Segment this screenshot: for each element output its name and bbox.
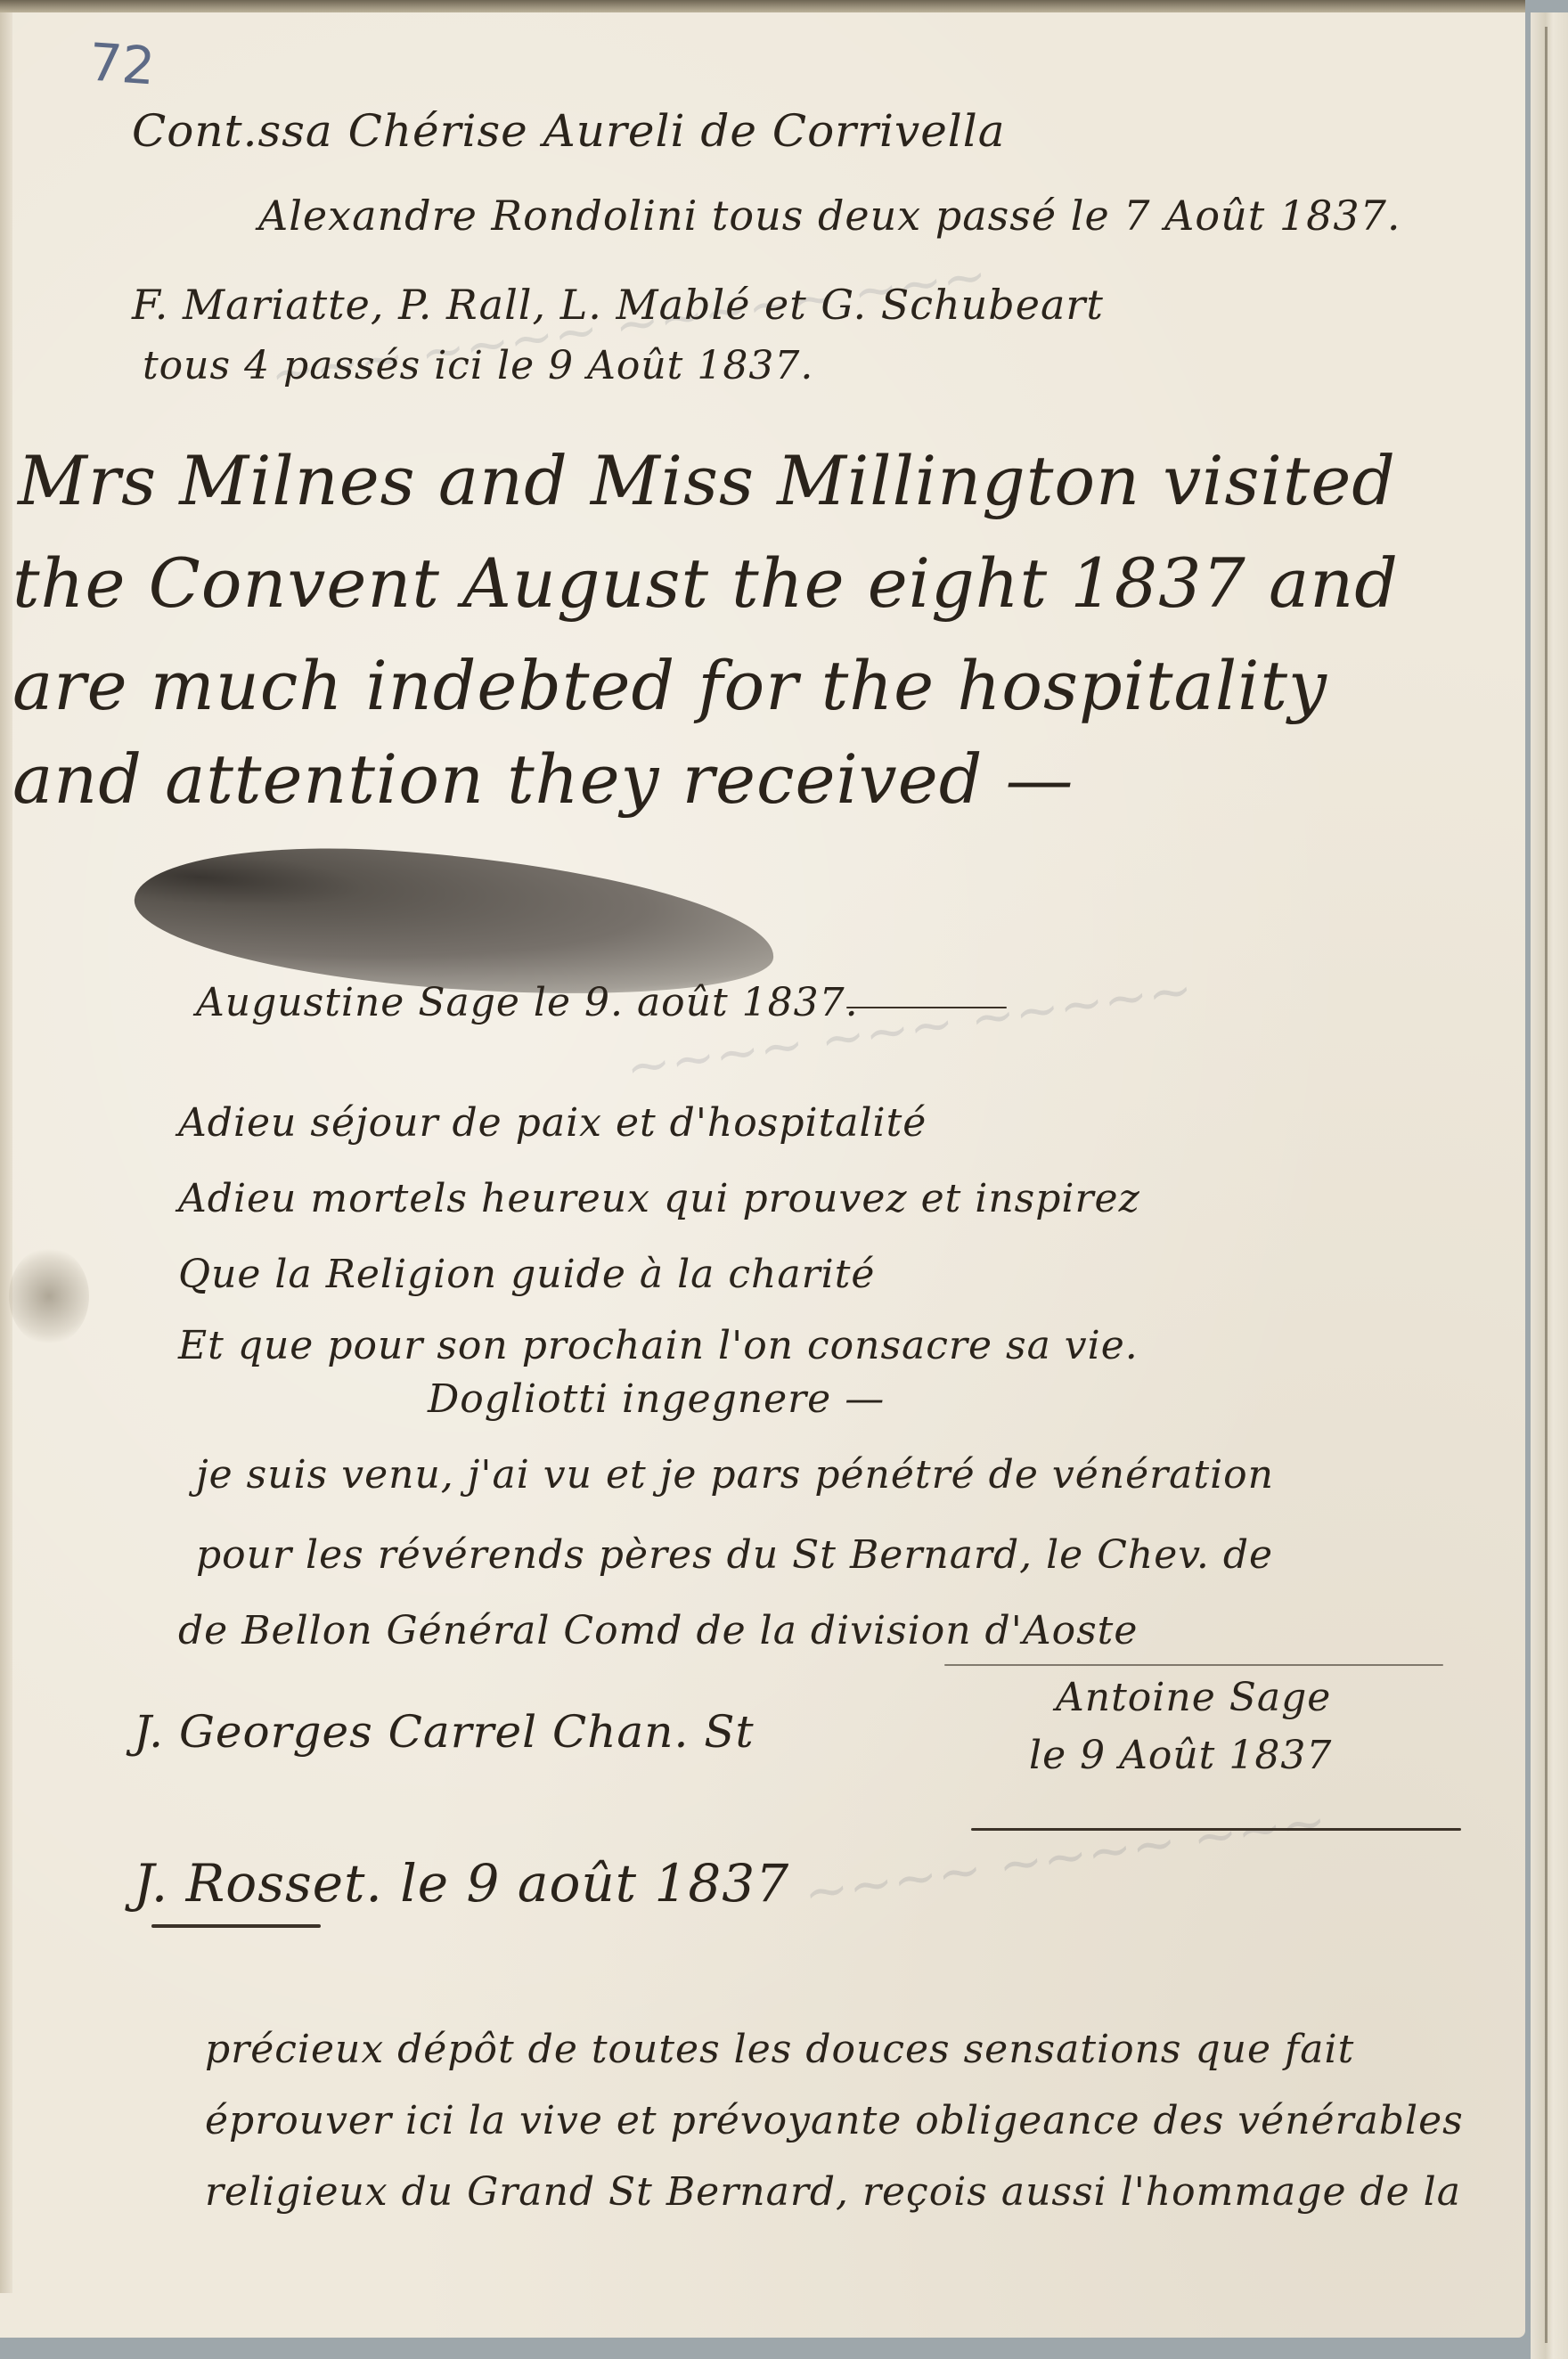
separator-rule bbox=[944, 1664, 1443, 1666]
spine-fold bbox=[1545, 27, 1548, 2343]
signature: J. Rosset. le 9 août 1837 bbox=[134, 1853, 789, 1914]
book-spine bbox=[1531, 12, 1568, 2359]
entry-line: Et que pour son prochain l'on consacre s… bbox=[178, 1323, 1139, 1368]
entry-line: Adieu séjour de paix et d'hospitalité bbox=[178, 1100, 927, 1146]
entry-line: je suis venu, j'ai vu et je pars pénétré… bbox=[196, 1452, 1274, 1498]
entry-line: F. Mariatte, P. Rall, L. Mablé et G. Sch… bbox=[132, 281, 1104, 329]
entry-line: Adieu mortels heureux qui prouvez et ins… bbox=[178, 1176, 1140, 1221]
entry-line: Que la Religion guide à la charité bbox=[178, 1252, 875, 1297]
signature-date: le 9 Août 1837 bbox=[1029, 1733, 1332, 1778]
entry-line: Augustine Sage le 9. août 1837. bbox=[196, 980, 859, 1025]
signature: Dogliotti ingegnere — bbox=[428, 1376, 885, 1422]
entry-line: Alexandre Rondolini tous deux passé le 7… bbox=[258, 192, 1401, 240]
entry-line: tous 4 passés ici le 9 Août 1837. bbox=[143, 343, 813, 388]
entry-line: éprouver ici la vive et prévoyante oblig… bbox=[205, 2098, 1464, 2143]
page-left-edge bbox=[0, 12, 12, 2293]
entry-line: the Convent August the eight 1837 and bbox=[12, 543, 1399, 623]
separator-rule bbox=[971, 1828, 1461, 1831]
signature-flourish bbox=[151, 1924, 321, 1928]
separator-rule bbox=[846, 1007, 1007, 1008]
entry-line: Cont.ssa Chérise Aureli de Corrivella bbox=[132, 105, 1006, 157]
entry-line: Mrs Milnes and Miss Millington visited bbox=[18, 441, 1396, 520]
entry-line: de Bellon Général Comd de la division d'… bbox=[178, 1608, 1138, 1653]
entry-line: pour les révérends pères du St Bernard, … bbox=[196, 1532, 1273, 1578]
entry-line: and attention they received — bbox=[12, 739, 1074, 819]
signature: Antoine Sage bbox=[1056, 1675, 1331, 1720]
entry-line: religieux du Grand St Bernard, reçois au… bbox=[205, 2169, 1461, 2215]
page-number: 72 bbox=[87, 32, 157, 97]
signature: J. Georges Carrel Chan. St bbox=[134, 1706, 755, 1758]
entry-line: précieux dépôt de toutes les douces sens… bbox=[205, 2027, 1354, 2072]
entry-line: are much indebted for the hospitality bbox=[12, 646, 1327, 725]
water-stain bbox=[9, 1247, 89, 1345]
